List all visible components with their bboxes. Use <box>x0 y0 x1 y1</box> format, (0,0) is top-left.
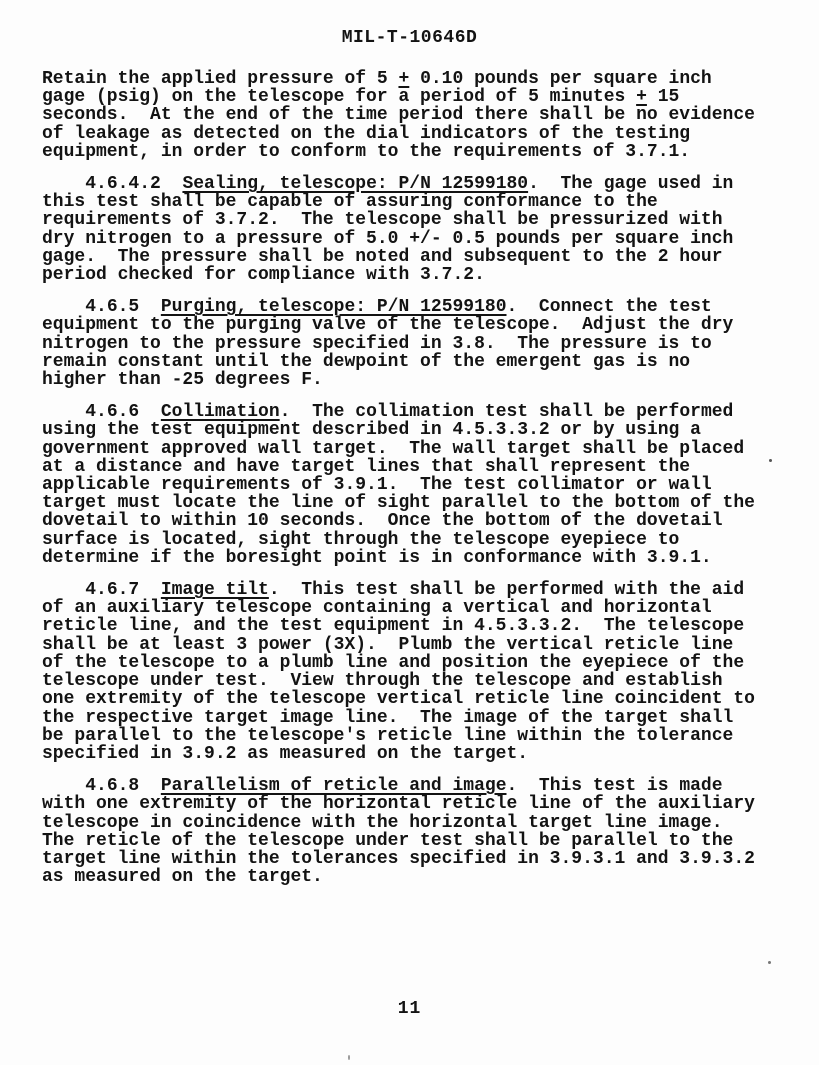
section-4-6-8: 4.6.8 Parallelism of reticle and image. … <box>42 777 798 886</box>
paragraph-3-7-1-continuation: Retain the applied pressure of 5 + 0.10 … <box>42 70 798 161</box>
section-heading-underlined: Collimation <box>161 402 280 422</box>
document-number: MIL-T-10646D <box>0 0 819 47</box>
scan-speck <box>769 459 772 462</box>
text-run: 4.6.7 <box>42 580 161 600</box>
section-heading-underlined: Image tilt <box>161 580 269 600</box>
text-run: 4.6.4.2 <box>42 174 182 194</box>
text-run: 4.6.6 <box>42 402 161 422</box>
text-run: 4.6.5 <box>42 297 161 317</box>
plus-minus-symbol: + <box>636 87 647 107</box>
document-page: MIL-T-10646D Retain the applied pressure… <box>0 0 819 1065</box>
section-heading-underlined: Sealing, telescope: P/N 12599180 <box>182 174 528 194</box>
document-body: Retain the applied pressure of 5 + 0.10 … <box>42 70 798 886</box>
scan-speck <box>348 1055 350 1060</box>
section-4-6-4-2: 4.6.4.2 Sealing, telescope: P/N 12599180… <box>42 175 798 284</box>
section-4-6-5: 4.6.5 Purging, telescope: P/N 12599180. … <box>42 298 798 389</box>
section-heading-underlined: Purging, telescope: P/N 12599180 <box>161 297 507 317</box>
text-run: Retain the applied pressure of 5 <box>42 69 398 89</box>
section-4-6-7: 4.6.7 Image tilt. This test shall be per… <box>42 581 798 763</box>
page-number: 11 <box>0 999 819 1019</box>
scan-speck <box>768 961 771 964</box>
plus-minus-symbol: + <box>398 69 409 89</box>
text-run: . This test shall be performed with the … <box>42 580 755 764</box>
section-4-6-6: 4.6.6 Collimation. The collimation test … <box>42 403 798 567</box>
section-heading-underlined: Parallelism of reticle and image <box>161 776 507 796</box>
text-run: 4.6.8 <box>42 776 161 796</box>
text-run: . The collimation test shall be performe… <box>42 402 755 568</box>
